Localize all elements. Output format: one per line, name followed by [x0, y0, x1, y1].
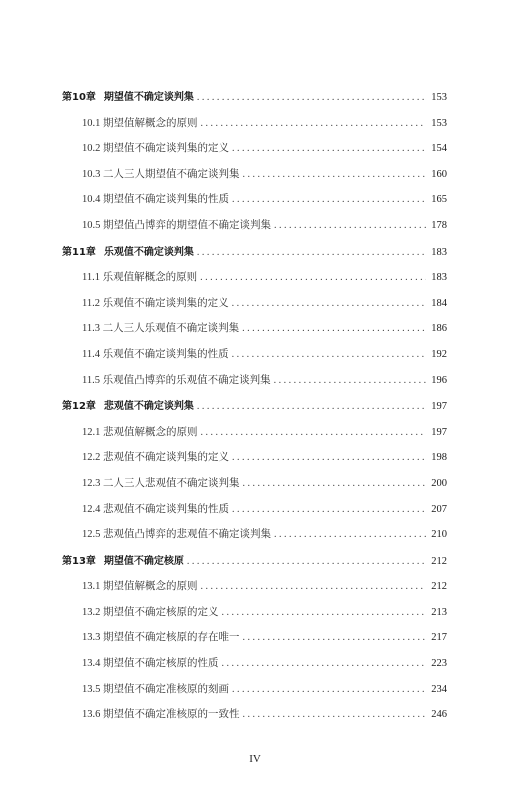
- section-title: 13.4 期望值不确定核原的性质: [82, 656, 219, 672]
- dot-leader: [201, 116, 427, 132]
- page-number: 210: [429, 527, 447, 543]
- dot-leader: [232, 682, 426, 698]
- page-number: 217: [429, 630, 447, 646]
- dot-leader: [243, 476, 427, 492]
- page-number: 200: [429, 476, 447, 492]
- section-title: 10.5 期望值凸博弈的期望值不确定谈判集: [82, 218, 271, 234]
- dot-leader: [232, 296, 426, 312]
- dot-leader: [201, 425, 427, 441]
- chapter-prefix: 第13章: [62, 556, 96, 567]
- chapter-prefix: 第10章: [62, 92, 96, 103]
- section-title: 10.4 期望值不确定谈判集的性质: [82, 192, 229, 208]
- dot-leader: [187, 554, 426, 570]
- section-title: 11.2 乐观值不确定谈判集的定义: [82, 296, 229, 312]
- toc-chapter-12[interactable]: 第12章悲观值不确定谈判集 197: [62, 399, 447, 425]
- section-title: 11.3 二人三人乐观值不确定谈判集: [82, 321, 239, 337]
- page-number: 213: [429, 605, 447, 621]
- page-number: 165: [429, 192, 447, 208]
- dot-leader: [232, 192, 426, 208]
- toc-section-12-2[interactable]: 12.2 悲观值不确定谈判集的定义 198: [62, 450, 447, 476]
- toc-section-11-3[interactable]: 11.3 二人三人乐观值不确定谈判集 186: [62, 321, 447, 347]
- page-number: 246: [429, 707, 447, 723]
- dot-leader: [243, 630, 427, 646]
- page-number: 196: [429, 373, 447, 389]
- toc-section-10-2[interactable]: 10.2 期望值不确定谈判集的定义 154: [62, 141, 447, 167]
- chapter-title: 期望值不确定谈判集: [104, 92, 194, 103]
- page-number: 212: [429, 579, 447, 595]
- page-number: 178: [429, 218, 447, 234]
- toc-section-10-1[interactable]: 10.1 期望值解概念的原则 153: [62, 116, 447, 142]
- page-number: 234: [429, 682, 447, 698]
- toc-section-11-2[interactable]: 11.2 乐观值不确定谈判集的定义 184: [62, 296, 447, 322]
- section-title: 13.6 期望值不确定准核原的一致性: [82, 707, 240, 723]
- section-title: 12.3 二人三人悲观值不确定谈判集: [82, 476, 240, 492]
- toc-chapter-10[interactable]: 第10章期望值不确定谈判集 153: [62, 90, 447, 116]
- section-title: 10.3 二人三人期望值不确定谈判集: [82, 167, 240, 183]
- dot-leader: [243, 167, 427, 183]
- section-title: 13.1 期望值解概念的原则: [82, 579, 198, 595]
- toc-section-11-5[interactable]: 11.5 乐观值凸博弈的乐观值不确定谈判集 196: [62, 373, 447, 399]
- section-title: 12.5 悲观值凸博弈的悲观值不确定谈判集: [82, 527, 271, 543]
- page-number: 197: [429, 425, 447, 441]
- section-title: 10.2 期望值不确定谈判集的定义: [82, 141, 229, 157]
- page-number: 198: [429, 450, 447, 466]
- dot-leader: [232, 347, 426, 363]
- dot-leader: [197, 245, 426, 261]
- page-folio: IV: [0, 753, 510, 765]
- page-number: 183: [429, 245, 447, 261]
- toc-section-12-4[interactable]: 12.4 悲观值不确定谈判集的性质 207: [62, 502, 447, 528]
- chapter-title: 期望值不确定核原: [104, 556, 184, 567]
- chapter-title: 悲观值不确定谈判集: [104, 401, 194, 412]
- toc-section-11-1[interactable]: 11.1 乐观值解概念的原则 183: [62, 270, 447, 296]
- page-number: 207: [429, 502, 447, 518]
- dot-leader: [274, 218, 426, 234]
- toc-section-13-3[interactable]: 13.3 期望值不确定核原的存在唯一 217: [62, 630, 447, 656]
- toc-section-13-6[interactable]: 13.6 期望值不确定准核原的一致性 246: [62, 707, 447, 733]
- page-number: 183: [429, 270, 447, 286]
- page-number: 223: [429, 656, 447, 672]
- toc-section-12-1[interactable]: 12.1 悲观值解概念的原则 197: [62, 425, 447, 451]
- page-number: 197: [429, 399, 447, 415]
- page-number: 160: [429, 167, 447, 183]
- section-title: 13.3 期望值不确定核原的存在唯一: [82, 630, 240, 646]
- page-number: 186: [429, 321, 447, 337]
- dot-leader: [232, 450, 426, 466]
- chapter-title: 乐观值不确定谈判集: [104, 247, 194, 258]
- section-title: 11.1 乐观值解概念的原则: [82, 270, 197, 286]
- toc-section-10-5[interactable]: 10.5 期望值凸博弈的期望值不确定谈判集 178: [62, 218, 447, 244]
- section-title: 11.5 乐观值凸博弈的乐观值不确定谈判集: [82, 373, 271, 389]
- page-number: 184: [429, 296, 447, 312]
- dot-leader: [232, 502, 426, 518]
- dot-leader: [232, 141, 426, 157]
- table-of-contents: 第10章期望值不确定谈判集 153 10.1 期望值解概念的原则 153 10.…: [62, 90, 447, 733]
- toc-section-13-2[interactable]: 13.2 期望值不确定核原的定义 213: [62, 605, 447, 631]
- dot-leader: [243, 707, 427, 723]
- page-number: 154: [429, 141, 447, 157]
- page-number: 192: [429, 347, 447, 363]
- section-title: 13.2 期望值不确定核原的定义: [82, 605, 219, 621]
- section-title: 12.2 悲观值不确定谈判集的定义: [82, 450, 229, 466]
- dot-leader: [274, 527, 426, 543]
- toc-section-12-3[interactable]: 12.3 二人三人悲观值不确定谈判集 200: [62, 476, 447, 502]
- toc-section-12-5[interactable]: 12.5 悲观值凸博弈的悲观值不确定谈判集 210: [62, 527, 447, 553]
- section-title: 10.1 期望值解概念的原则: [82, 116, 198, 132]
- page-number: 212: [429, 554, 447, 570]
- dot-leader: [222, 656, 427, 672]
- chapter-prefix: 第12章: [62, 401, 96, 412]
- dot-leader: [200, 270, 426, 286]
- section-title: 13.5 期望值不确定准核原的刻画: [82, 682, 229, 698]
- toc-section-10-4[interactable]: 10.4 期望值不确定谈判集的性质 165: [62, 192, 447, 218]
- section-title: 11.4 乐观值不确定谈判集的性质: [82, 347, 229, 363]
- toc-section-10-3[interactable]: 10.3 二人三人期望值不确定谈判集 160: [62, 167, 447, 193]
- chapter-prefix: 第11章: [62, 247, 96, 258]
- dot-leader: [242, 321, 426, 337]
- toc-section-13-4[interactable]: 13.4 期望值不确定核原的性质 223: [62, 656, 447, 682]
- dot-leader: [274, 373, 426, 389]
- dot-leader: [197, 90, 426, 106]
- toc-chapter-11[interactable]: 第11章乐观值不确定谈判集 183: [62, 245, 447, 271]
- toc-section-13-1[interactable]: 13.1 期望值解概念的原则 212: [62, 579, 447, 605]
- dot-leader: [222, 605, 427, 621]
- dot-leader: [201, 579, 427, 595]
- section-title: 12.1 悲观值解概念的原则: [82, 425, 198, 441]
- toc-chapter-13[interactable]: 第13章期望值不确定核原 212: [62, 554, 447, 580]
- section-title: 12.4 悲观值不确定谈判集的性质: [82, 502, 229, 518]
- dot-leader: [197, 399, 426, 415]
- toc-section-11-4[interactable]: 11.4 乐观值不确定谈判集的性质 192: [62, 347, 447, 373]
- page-number: 153: [429, 116, 447, 132]
- page-number: 153: [429, 90, 447, 106]
- toc-section-13-5[interactable]: 13.5 期望值不确定准核原的刻画 234: [62, 682, 447, 708]
